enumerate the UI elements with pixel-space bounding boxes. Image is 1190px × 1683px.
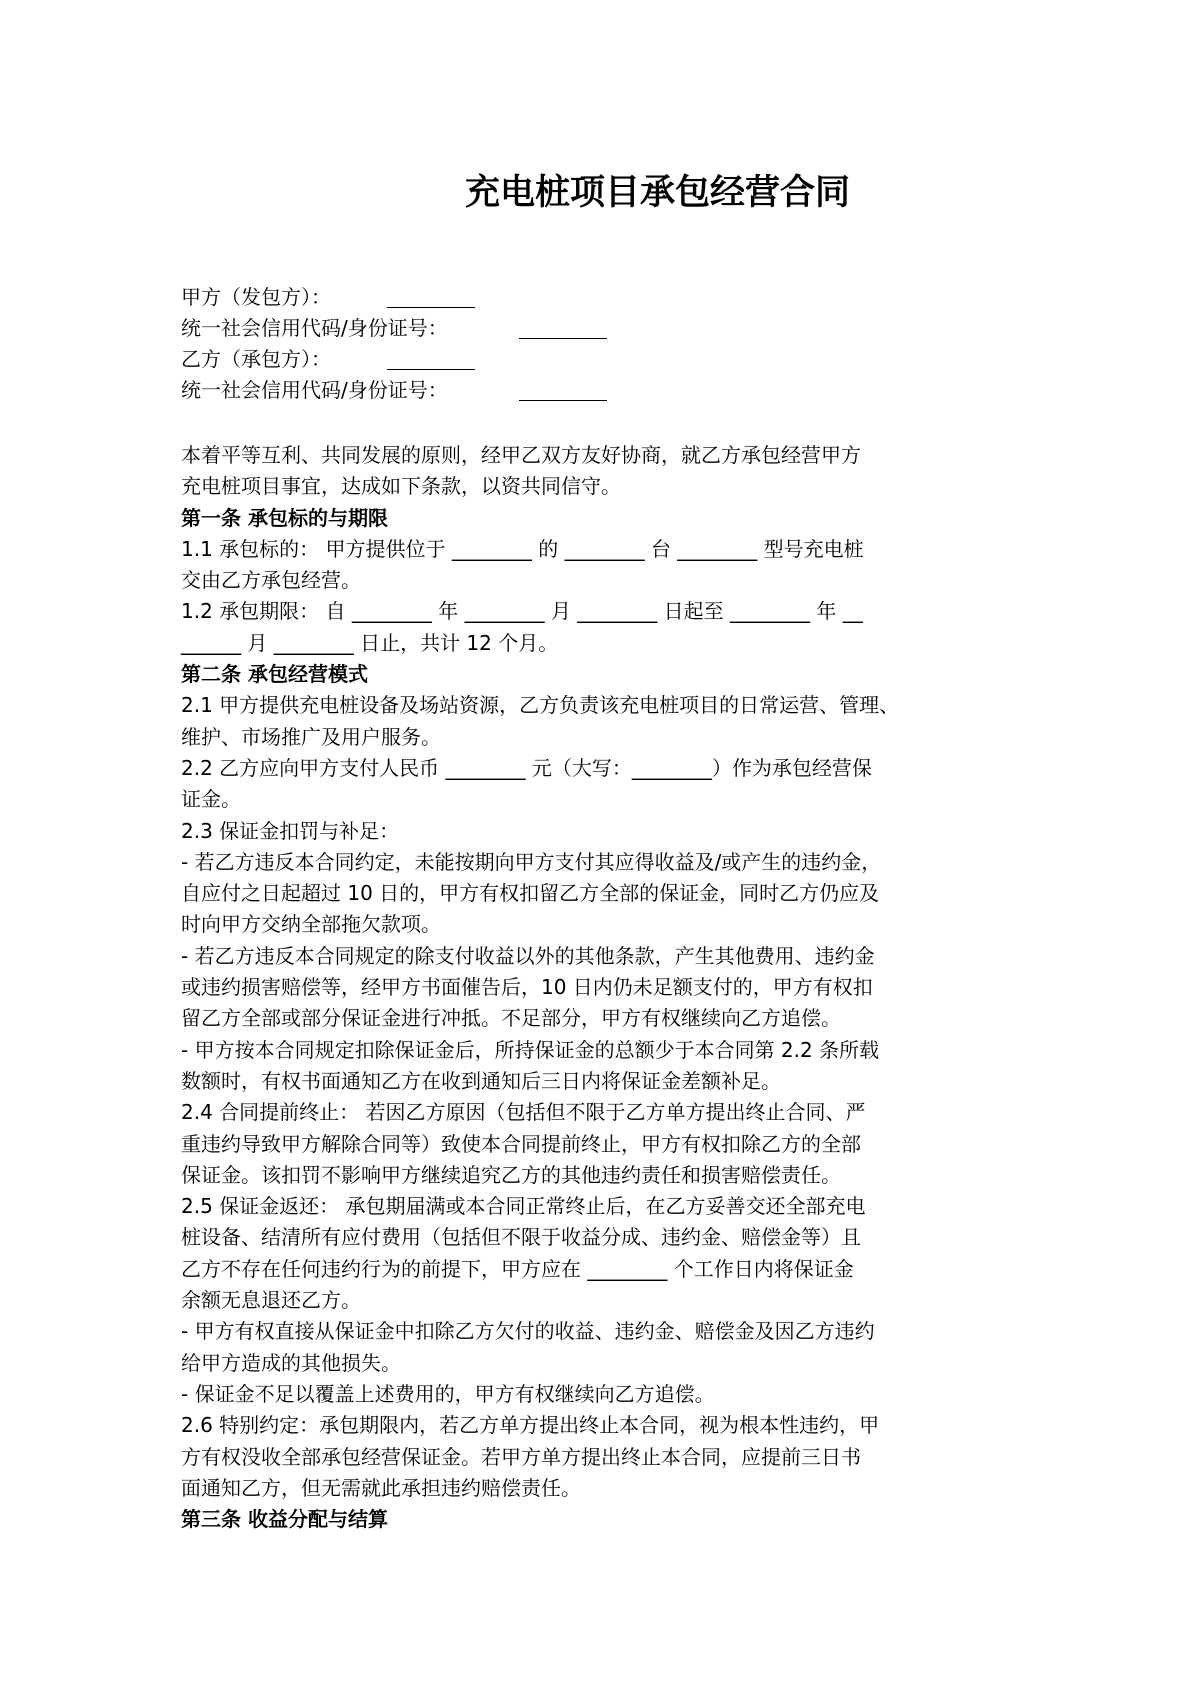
party-b-blank [387,349,475,370]
party-b-line: 乙方（承包方）： [181,344,448,375]
clause-2-4-cont: 重违约导致甲方解除合同等）致使本合同提前终止，甲方有权扣除乙方的全部 [181,1129,1021,1160]
clause-2-3-item: 数额时，有权书面通知乙方在收到通知后三日内将保证金差额补足。 [181,1066,1021,1097]
party-b-label: 乙方（承包方）： [181,347,331,371]
clause-2-2: 2.2 乙方应向甲方支付人民币 ________ 元（大写：________）作… [181,753,1021,784]
clause-2-3-item: - 若乙方违反本合同规定的除支付收益以外的其他条款，产生其他费用、违约金 [181,941,1021,972]
clause-2-3-item: 时向甲方交纳全部拖欠款项。 [181,909,1021,940]
clause-2-4: 2.4 合同提前终止： 若因乙方原因（包括但不限于乙方单方提出终止合同、严 [181,1097,1021,1128]
document-title: 充电桩项目承包经营合同 [465,168,850,218]
party-b-id-line: 统一社会信用代码/身份证号： [181,375,448,406]
clause-2-6-cont: 面通知乙方，但无需就此承担违约赔偿责任。 [181,1473,1021,1504]
clause-2-1-cont: 维护、市场推广及用户服务。 [181,722,1021,753]
clause-2-3-item: - 若乙方违反本合同约定，未能按期向甲方支付其应得收益及/或产生的违约金， [181,847,1021,878]
clause-1-2-cont: ______ 月 ________ 日止，共计 12 个月。 [181,628,1021,659]
party-a-label: 甲方（发包方）： [181,285,331,309]
clause-1-1-cont: 交由乙方承包经营。 [181,565,1021,596]
clause-2-1: 2.1 甲方提供充电桩设备及场站资源，乙方负责该充电桩项目的日常运营、管理、 [181,690,1021,721]
clause-2-5: 2.5 保证金返还： 承包期届满或本合同正常终止后，在乙方妥善交还全部充电 [181,1191,1021,1222]
clause-2-3-item: - 甲方按本合同规定扣除保证金后，所持保证金的总额少于本合同第 2.2 条所载 [181,1035,1021,1066]
clause-2-3-item: 或违约损害赔偿等，经甲方书面催告后，10 日内仍未足额支付的，甲方有权扣 [181,972,1021,1003]
clause-2-2-cont: 证金。 [181,784,1021,815]
clause-2-5-item: - 甲方有权直接从保证金中扣除乙方欠付的收益、违约金、赔偿金及因乙方违约 [181,1316,1021,1347]
article-3-heading: 第三条 收益分配与结算 [181,1504,1021,1535]
party-b-id-blank [519,380,607,401]
party-info-block: 甲方（发包方）： 统一社会信用代码/身份证号： 乙方（承包方）： 统一社会信用代… [181,282,448,406]
clause-2-3: 2.3 保证金扣罚与补足： [181,816,1021,847]
clause-2-5-cont: 余额无息退还乙方。 [181,1285,1021,1316]
clause-2-5-item: - 保证金不足以覆盖上述费用的，甲方有权继续向乙方追偿。 [181,1379,1021,1410]
clause-2-5-item: 给甲方造成的其他损失。 [181,1348,1021,1379]
party-a-line: 甲方（发包方）： [181,282,448,313]
article-2-heading: 第二条 承包经营模式 [181,659,1021,690]
party-a-id-blank [519,318,607,339]
clause-2-3-item: 自应付之日起超过 10 日的，甲方有权扣留乙方全部的保证金，同时乙方仍应及 [181,878,1021,909]
clause-1-2: 1.2 承包期限： 自 ________ 年 ________ 月 ______… [181,596,1021,627]
clause-2-3-item: 留乙方全部或部分保证金进行冲抵。不足部分，甲方有权继续向乙方追偿。 [181,1003,1021,1034]
preamble-line: 充电桩项目事宜，达成如下条款，以资共同信守。 [181,471,1021,502]
article-1-heading: 第一条 承包标的与期限 [181,503,1021,534]
party-a-blank [387,287,475,308]
clause-2-5-cont: 桩设备、结清所有应付费用（包括但不限于收益分成、违约金、赔偿金等）且 [181,1222,1021,1253]
party-b-id-label: 统一社会信用代码/身份证号： [181,378,448,402]
document-page: 充电桩项目承包经营合同 甲方（发包方）： 统一社会信用代码/身份证号： 乙方（承… [0,0,1190,1683]
clause-1-1: 1.1 承包标的： 甲方提供位于 ________ 的 ________ 台 _… [181,534,1021,565]
party-a-id-line: 统一社会信用代码/身份证号： [181,313,448,344]
preamble-line: 本着平等互利、共同发展的原则，经甲乙双方友好协商，就乙方承包经营甲方 [181,440,1021,471]
clause-2-5-cont: 乙方不存在任何违约行为的前提下，甲方应在 ________ 个工作日内将保证金 [181,1254,1021,1285]
clause-2-4-cont: 保证金。该扣罚不影响甲方继续追究乙方的其他违约责任和损害赔偿责任。 [181,1160,1021,1191]
party-a-id-label: 统一社会信用代码/身份证号： [181,316,448,340]
clause-2-6: 2.6 特别约定：承包期限内，若乙方单方提出终止本合同，视为根本性违约，甲 [181,1410,1021,1441]
contract-body: 本着平等互利、共同发展的原则，经甲乙双方友好协商，就乙方承包经营甲方 充电桩项目… [181,440,1021,1535]
clause-2-6-cont: 方有权没收全部承包经营保证金。若甲方单方提出终止本合同，应提前三日书 [181,1442,1021,1473]
